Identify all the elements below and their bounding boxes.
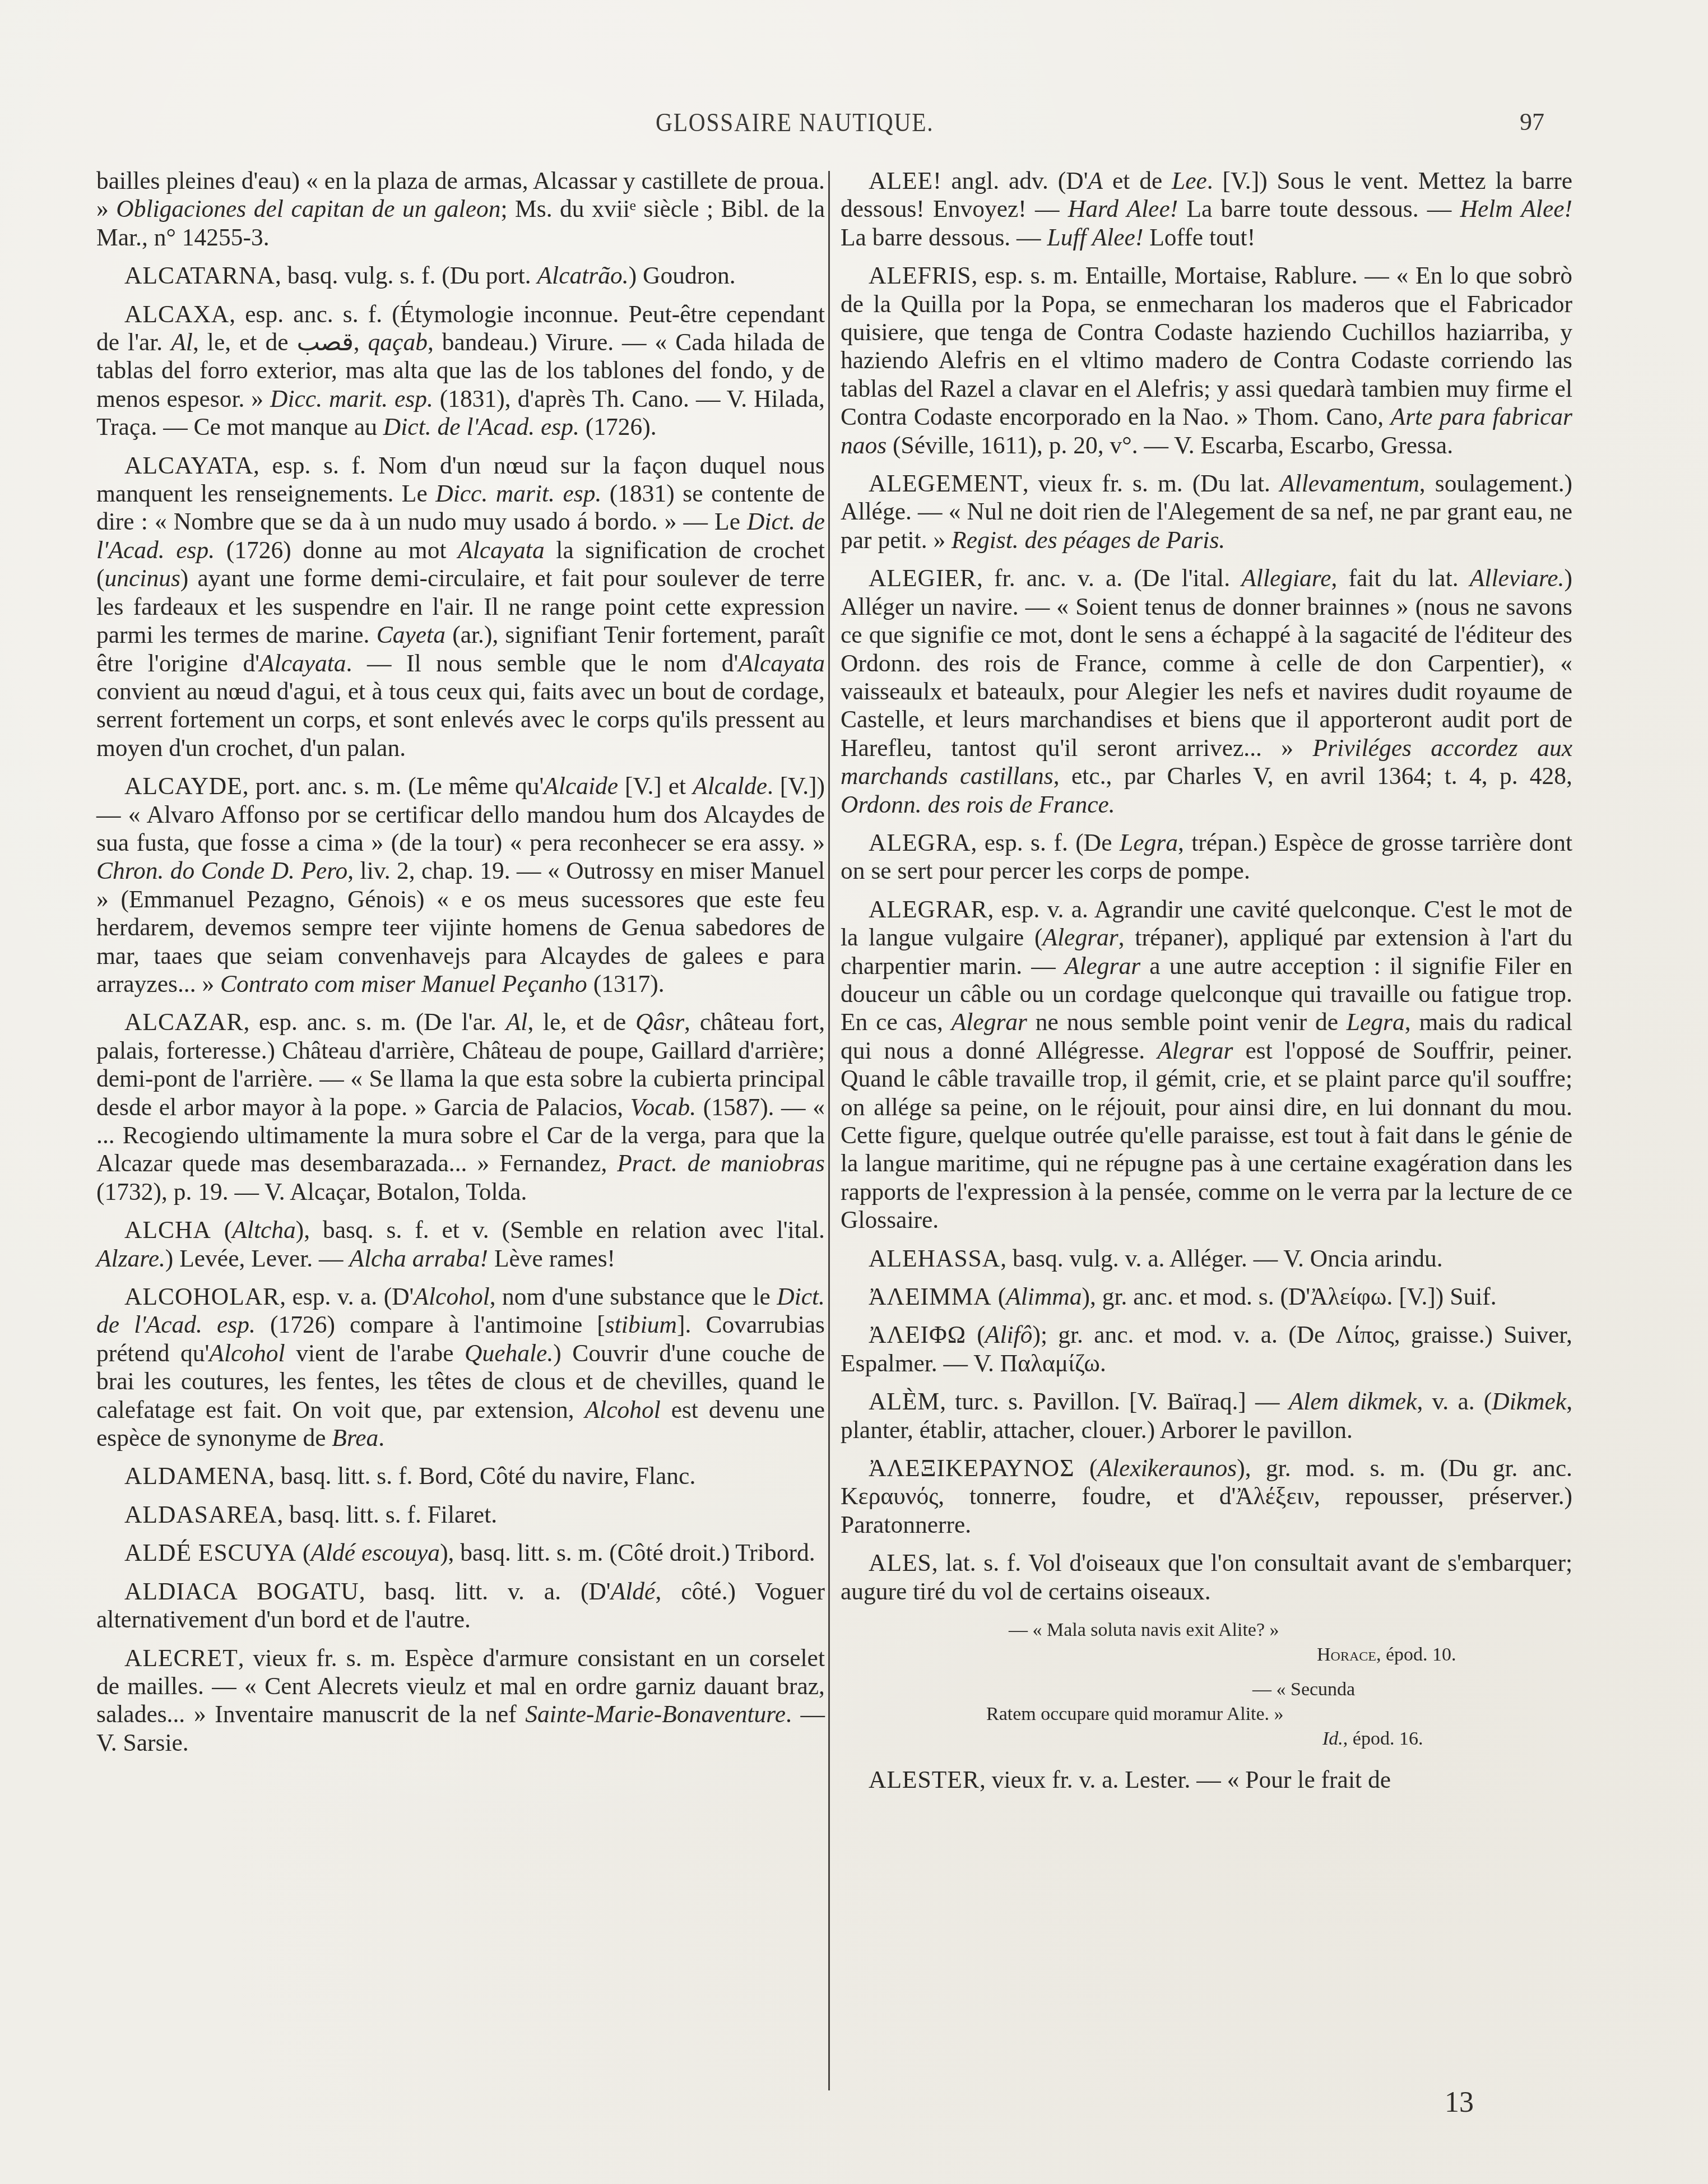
italic-citation: Legra <box>1120 829 1178 856</box>
italic-citation: Alcohol <box>209 1340 285 1367</box>
definition-text: est l'opposé de Souffrir, peiner. Quand … <box>841 1037 1572 1234</box>
headword: ALEGRA <box>869 829 971 856</box>
definition-text: , esp. v. a. (D' <box>280 1283 414 1310</box>
book-page: GLOSSAIRE NAUTIQUE. 97 bailles pleines d… <box>0 0 1708 2184</box>
definition-text: , esp. anc. s. m. (De l'ar. <box>243 1009 505 1036</box>
definition-text: , vieux fr. v. a. Lester. — « Pour le fr… <box>980 1766 1391 1793</box>
italic-citation: A <box>1088 168 1103 194</box>
definition-text: (1317). <box>587 971 665 998</box>
definition-text: ( <box>211 1217 232 1244</box>
definition-text: La barre toute dessous. — <box>1178 196 1460 222</box>
italic-citation: Alcayata <box>458 537 545 564</box>
headword: ALES <box>869 1550 932 1576</box>
italic-citation: Allevamentum <box>1280 470 1419 497</box>
italic-citation: Alcatrão. <box>537 262 629 289</box>
glossary-entry: ALDIACA BOGATU, basq. litt. v. a. (D'Ald… <box>96 1578 825 1634</box>
definition-text: , basq. litt. s. f. Bord, Côté du navire… <box>268 1463 695 1490</box>
headword: ALCATARNA <box>124 262 275 289</box>
headword: ALDASAREA <box>124 1501 277 1528</box>
headword: ALÈM <box>869 1388 940 1415</box>
glossary-entry: ALCAXA, esp. anc. s. f. (Étymologie inco… <box>96 300 825 442</box>
definition-text: et de <box>1103 168 1172 194</box>
italic-citation: Lee <box>1172 168 1207 194</box>
italic-citation: Alcohol <box>414 1283 489 1310</box>
italic-citation: Aldé <box>611 1578 656 1605</box>
glossary-entry: ALCAYDE, port. anc. s. m. (Le même qu'Al… <box>96 772 825 998</box>
definition-text: ( <box>1075 1455 1098 1482</box>
italic-citation: qaçab <box>368 329 428 356</box>
headword: ALDÉ ESCUYA <box>124 1540 296 1566</box>
italic-citation: Cayeta <box>377 622 445 648</box>
italic-citation: Altcha <box>232 1217 296 1244</box>
definition-text: , basq. vulg. v. a. Alléger. — V. Oncia … <box>1000 1245 1442 1272</box>
definition-text: Lève rames! <box>488 1245 615 1272</box>
headword: ἈΛΕΙΦΩ <box>869 1321 966 1348</box>
glossary-entry: ALÈM, turc. s. Pavillon. [V. Baïraq.] — … <box>841 1388 1572 1444</box>
italic-citation: Ordonn. des rois de France. <box>841 791 1115 818</box>
glossary-entry: ALCAZAR, esp. anc. s. m. (De l'ar. Al, l… <box>96 1008 825 1206</box>
glossary-entry: ALEE! angl. adv. (D'A et de Lee. [V.]) S… <box>841 167 1572 252</box>
italic-citation: Allegiare <box>1241 565 1331 592</box>
definition-text: , etc., par Charles V, en avril 1364; t.… <box>1053 763 1572 790</box>
headword: ALCHA <box>124 1217 211 1244</box>
italic-citation: Dikmek <box>1492 1388 1566 1415</box>
italic-citation: Alleviare. <box>1470 565 1565 592</box>
headword: ALECRET <box>124 1645 238 1672</box>
definition-text: , turc. s. Pavillon. [V. Baïraq.] — <box>940 1388 1288 1415</box>
headword: ALCAZAR <box>124 1009 243 1036</box>
definition-text: (Séville, 1611), p. 20, v°. — V. Escarba… <box>887 432 1453 459</box>
definition-text: angl. adv. (D' <box>942 168 1088 194</box>
glossary-entry: ALCOHOLAR, esp. v. a. (D'Alcohol, nom d'… <box>96 1283 825 1452</box>
glossary-entry: ALCAYATA, esp. s. f. Nom d'un nœud sur l… <box>96 452 825 762</box>
definition-text: [V.] et <box>618 773 693 800</box>
quote-author: Horace <box>1317 1644 1376 1665</box>
headword: ALESTER <box>869 1766 980 1793</box>
definition-text: , lat. s. f. Vol d'oiseaux que l'on cons… <box>841 1550 1572 1605</box>
definition-text: ( <box>296 1540 310 1566</box>
definition-text: ), basq. s. f. et v. (Semble en relation… <box>296 1217 825 1244</box>
definition-text: ( <box>992 1283 1006 1310</box>
italic-citation: Dict. de l'Acad. esp. <box>383 414 579 440</box>
definition-text: , fait du lat. <box>1331 565 1469 592</box>
quote-line: — « Mala soluta navis exit Alite? » <box>841 1618 1572 1643</box>
headword: ALEGEMENT <box>869 470 1023 497</box>
verse-quotation: — « Mala soluta navis exit Alite? »Horac… <box>841 1618 1572 1751</box>
glossary-entry: ALES, lat. s. f. Vol d'oiseaux que l'on … <box>841 1549 1572 1606</box>
italic-citation: Sainte-Marie-Bonaventure <box>525 1701 786 1728</box>
definition-text: , port. anc. s. m. (Le même qu' <box>243 773 544 800</box>
headword: ALEGIER <box>869 565 977 592</box>
italic-citation: Alcha arraba! <box>349 1245 488 1272</box>
glossary-entry: ἈΛΕΞΙΚΕΡΑΥΝΟΣ (Alexikeraunos), gr. mod. … <box>841 1454 1572 1539</box>
italic-citation: stibium <box>605 1311 677 1338</box>
quote-line: Ratem occupare quid moramur Alite. » <box>841 1702 1572 1727</box>
quote-reference: , épod. 10. <box>1376 1644 1456 1665</box>
glossary-entry: ALEFRIS, esp. s. m. Entaille, Mortaise, … <box>841 262 1572 460</box>
glossary-entry: ALCATARNA, basq. vulg. s. f. (Du port. A… <box>96 262 825 290</box>
definition-text: ) Alléger un navire. — « Soient tenus de… <box>841 565 1572 761</box>
definition-text: , v. a. ( <box>1417 1388 1492 1415</box>
right-column: ALEE! angl. adv. (D'A et de Lee. [V.]) S… <box>841 167 1572 1805</box>
glossary-entry: ALDAMENA, basq. litt. s. f. Bord, Côté d… <box>96 1462 825 1490</box>
italic-citation: Al <box>506 1009 528 1036</box>
signature-mark: 13 <box>1445 2086 1474 2119</box>
italic-citation: Quehale. <box>465 1340 553 1367</box>
italic-citation: Brea <box>332 1425 378 1452</box>
italic-citation: Alem dikmek <box>1289 1388 1417 1415</box>
italic-citation: Helm Alee! <box>1460 196 1572 222</box>
quote-source: Horace, épod. 10. <box>841 1643 1572 1667</box>
italic-citation: Alegrar <box>1065 953 1140 980</box>
italic-citation: Alegrar <box>1042 924 1118 951</box>
definition-text: , vieux fr. s. m. (Du lat. <box>1023 470 1280 497</box>
definition-text: ) Levée, Lever. — <box>165 1245 350 1272</box>
definition-text: vient de l'arabe <box>285 1340 465 1367</box>
definition-text: (1726) donne au mot <box>215 537 458 564</box>
italic-citation: Alcalde <box>693 773 767 800</box>
definition-text: ne nous semble point venir de <box>1027 1009 1347 1036</box>
headword: ALCOHOLAR <box>124 1283 280 1310</box>
italic-citation: Regist. des péages de Paris. <box>952 527 1225 554</box>
italic-citation: Obligaciones del capitan de un galeon <box>116 196 500 222</box>
left-column: bailles pleines d'eau) « en la plaza de … <box>96 167 825 1767</box>
italic-citation: Chron. do Conde D. Pero <box>96 857 347 884</box>
glossary-entry: ALESTER, vieux fr. v. a. Lester. — « Pou… <box>841 1766 1572 1794</box>
glossary-entry: ALEGEMENT, vieux fr. s. m. (Du lat. Alle… <box>841 470 1572 554</box>
definition-text: convient au nœud d'agui, et à tous ceux … <box>96 678 825 762</box>
definition-text: . — Il nous semble que le nom d' <box>346 650 739 677</box>
definition-text: ( <box>966 1321 985 1348</box>
headword: ALEFRIS <box>869 262 971 289</box>
italic-citation: Hard Alee! <box>1068 196 1178 222</box>
italic-citation: Alcohol <box>585 1397 661 1423</box>
glossary-entry: ALDASAREA, basq. litt. s. f. Filaret. <box>96 1501 825 1529</box>
italic-citation: Luff Alee! <box>1047 224 1143 251</box>
page-number: 97 <box>1520 108 1544 136</box>
definition-text: ), basq. litt. s. m. (Côté droit.) Tribo… <box>440 1540 815 1566</box>
definition-text: (1726) compare à l'antimoine [ <box>256 1311 605 1338</box>
definition-text: ), gr. anc. et mod. s. (D'Ἀλείφω. [V.]) … <box>1082 1283 1497 1310</box>
italic-citation: Al <box>171 329 193 356</box>
running-head: GLOSSAIRE NAUTIQUE. 97 <box>0 108 1708 147</box>
italic-citation: Dicc. marit. esp. <box>270 386 433 412</box>
definition-text: ) Goudron. <box>629 262 736 289</box>
glossary-entry: ALCHA (Altcha), basq. s. f. et v. (Sembl… <box>96 1216 825 1273</box>
italic-citation: Alimma <box>1006 1283 1082 1310</box>
italic-citation: Alegrar <box>952 1009 1027 1036</box>
headword: ALCAXA <box>124 301 229 328</box>
quote-line: — « Secunda <box>841 1677 1572 1702</box>
italic-citation: Alcayata <box>738 650 825 677</box>
glossary-entry: ALDÉ ESCUYA (Aldé escouya), basq. litt. … <box>96 1539 825 1567</box>
quote-source: Id., épod. 16. <box>841 1727 1572 1751</box>
definition-text: La barre dessous. — <box>841 224 1047 251</box>
glossary-entry: ἈΛΕΙΜΜΑ (Alimma), gr. anc. et mod. s. (D… <box>841 1283 1572 1311</box>
definition-text: , basq. litt. v. a. (D' <box>359 1578 611 1605</box>
definition-text: , esp. s. f. (De <box>971 829 1120 856</box>
glossary-entry: ἈΛΕΙΦΩ (Alifô); gr. anc. et mod. v. a. (… <box>841 1321 1572 1378</box>
definition-text: , nom d'une substance que le <box>490 1283 777 1310</box>
headword: ALDIACA BOGATU <box>124 1578 359 1605</box>
headword: ALDAMENA <box>124 1463 268 1490</box>
definition-text: Loffe tout! <box>1143 224 1255 251</box>
definition-text: (1726). <box>579 414 657 440</box>
definition-text: (1732), p. 19. — V. Alcaçar, Botalon, To… <box>96 1179 527 1205</box>
quote-author: Id. <box>1322 1728 1343 1749</box>
italic-citation: Alifô <box>985 1321 1033 1348</box>
definition-text: , basq. litt. s. f. Filaret. <box>277 1501 497 1528</box>
definition-text: , le, et de <box>527 1009 635 1036</box>
glossary-entry: bailles pleines d'eau) « en la plaza de … <box>96 167 825 252</box>
headword: ἈΛΕΞΙΚΕΡΑΥΝΟΣ <box>869 1455 1075 1482</box>
headword: ALEE! <box>869 168 942 194</box>
definition-text: , basq. vulg. s. f. (Du port. <box>275 262 537 289</box>
headword: ἈΛΕΙΜΜΑ <box>869 1283 992 1310</box>
glossary-entry: ALEGIER, fr. anc. v. a. (De l'ital. Alle… <box>841 564 1572 819</box>
italic-citation: Alexikeraunos <box>1097 1455 1237 1482</box>
italic-citation: Alcaide <box>544 773 618 800</box>
definition-text: , fr. anc. v. a. (De l'ital. <box>977 565 1241 592</box>
definition-text: . <box>378 1425 384 1452</box>
italic-citation: Vocab. <box>630 1094 696 1121</box>
italic-citation: Dicc. marit. esp. <box>435 480 601 507</box>
glossary-entry: ALEGRA, esp. s. f. (De Legra, trépan.) E… <box>841 829 1572 885</box>
italic-citation: Alcayata <box>259 650 346 677</box>
headword: ALCAYDE <box>124 773 243 800</box>
glossary-entry: ALECRET, vieux fr. s. m. Espèce d'armure… <box>96 1644 825 1758</box>
italic-citation: Qâsr <box>635 1009 684 1036</box>
headword: ALCAYATA <box>124 452 253 479</box>
headword: ALEHASSA <box>869 1245 1000 1272</box>
headword: ALEGRAR <box>869 896 987 923</box>
italic-citation: Aldé escouya <box>310 1540 440 1566</box>
glossary-entry: ALEHASSA, basq. vulg. v. a. Alléger. — V… <box>841 1245 1572 1273</box>
running-title: GLOSSAIRE NAUTIQUE. <box>656 108 934 137</box>
italic-citation: Pract. de maniobras <box>617 1150 825 1177</box>
quote-reference: , épod. 16. <box>1343 1728 1423 1749</box>
column-divider <box>828 171 830 2090</box>
italic-citation: Legra <box>1347 1009 1405 1036</box>
italic-citation: Alegrar <box>1157 1037 1233 1064</box>
glossary-entry: ALEGRAR, esp. v. a. Agrandir une cavité … <box>841 896 1572 1235</box>
italic-citation: Contrato com miser Manuel Peçanho <box>220 971 587 998</box>
italic-citation: Alzare. <box>96 1245 165 1272</box>
definition-text: , le, et de قصب, <box>193 329 368 356</box>
italic-citation: uncinus <box>105 565 180 592</box>
